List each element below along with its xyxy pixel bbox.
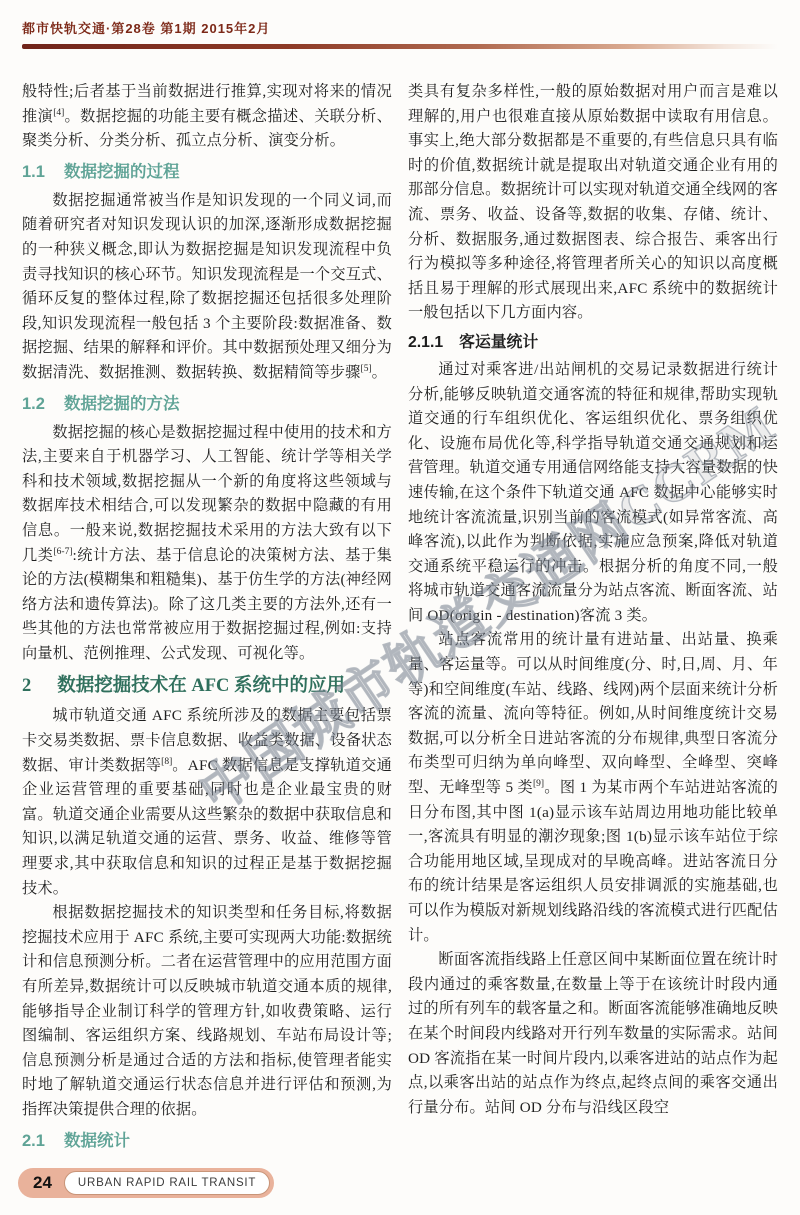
- section-number: 2.1.1: [408, 330, 443, 355]
- section-heading-2.1: 2.1数据统计: [22, 1129, 392, 1152]
- paragraph: 通过对乘客进/出站闸机的交易记录数据进行统计分析,能够反映轨道交通客流的特征和规…: [408, 358, 778, 629]
- journal-header-line: 都市快轨交通·第28卷 第1期 2015年2月: [22, 18, 270, 37]
- paragraph: 数据挖掘通常被当作是知识发现的一个同义词,而随着研究者对知识发现认识的加深,逐渐…: [22, 189, 392, 386]
- section-title: 客运量统计: [459, 330, 538, 355]
- paragraph: 根据数据挖掘技术的知识类型和任务目标,将数据挖掘技术应用于 AFC 系统,主要可…: [22, 901, 392, 1122]
- section-number: 1.2: [22, 392, 45, 417]
- article-body: 般特性;后者基于当前数据进行推算,实现对将来的情况推演[4]。数据挖掘的功能主要…: [22, 80, 778, 1152]
- section-heading-1.2: 1.2数据挖掘的方法: [22, 392, 392, 417]
- section-title: 数据统计: [64, 1129, 130, 1152]
- paragraph: 断面客流指线路上任意区间中某断面位置在统计时段内通过的乘客数量,在数量上等于在该…: [408, 948, 778, 1120]
- section-title: 数据挖掘技术在 AFC 系统中的应用: [57, 673, 345, 699]
- paragraph: 类具有复杂多样性,一般的原始数据对用户而言是难以理解的,用户也很难直接从原始数据…: [408, 80, 778, 326]
- section-number: 2: [22, 673, 31, 699]
- header-rule: [22, 44, 778, 49]
- page-number: 24: [18, 1173, 64, 1193]
- citation-ref: [5]: [361, 364, 372, 374]
- citation-ref: [4]: [53, 108, 64, 118]
- left-column: 般特性;后者基于当前数据进行推算,实现对将来的情况推演[4]。数据挖掘的功能主要…: [22, 80, 392, 1152]
- citation-ref: [6-7]: [54, 546, 73, 556]
- right-column: 类具有复杂多样性,一般的原始数据对用户而言是难以理解的,用户也很难直接从原始数据…: [408, 80, 778, 1152]
- paragraph: 城市轨道交通 AFC 系统所涉及的数据主要包括票卡交易类数据、票卡信息数据、收益…: [22, 704, 392, 901]
- citation-ref: [9]: [533, 779, 544, 789]
- footer-page-badge: 24 URBAN RAPID RAIL TRANSIT: [18, 1168, 274, 1198]
- section-title: 数据挖掘的方法: [64, 392, 180, 417]
- citation-ref: [8]: [161, 757, 172, 767]
- section-heading-2.1.1: 2.1.1客运量统计: [408, 330, 778, 355]
- paragraph: 般特性;后者基于当前数据进行推算,实现对将来的情况推演[4]。数据挖掘的功能主要…: [22, 80, 392, 154]
- journal-page: 都市快轨交通·第28卷 第1期 2015年2月 般特性;后者基于当前数据进行推算…: [0, 0, 800, 1215]
- section-heading-1.1: 1.1数据挖掘的过程: [22, 160, 392, 185]
- section-heading-2: 2数据挖掘技术在 AFC 系统中的应用: [22, 673, 392, 699]
- paragraph: 数据挖掘的核心是数据挖掘过程中使用的技术和方法,主要来自于机器学习、人工智能、统…: [22, 421, 392, 667]
- section-number: 2.1: [22, 1129, 45, 1152]
- journal-name-english: URBAN RAPID RAIL TRANSIT: [64, 1171, 270, 1195]
- paragraph: 站点客流常用的统计量有进站量、出站量、换乘量、客运量等。可以从时间维度(分、时,…: [408, 628, 778, 948]
- section-number: 1.1: [22, 160, 45, 185]
- section-title: 数据挖掘的过程: [64, 160, 180, 185]
